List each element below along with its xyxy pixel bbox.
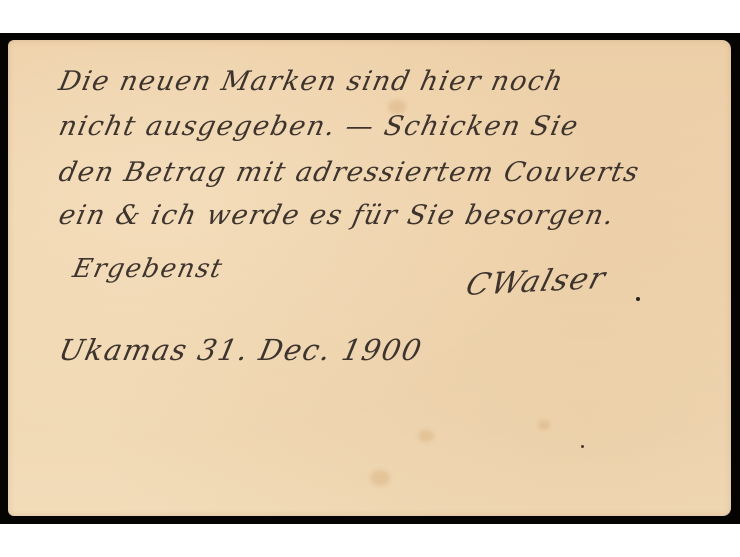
closing-salutation: Ergebenst (70, 254, 226, 284)
message-line-3: den Betrag mit adressiertem Couverts (56, 157, 643, 188)
place-and-date: Ukamas 31. Dec. 1900 (56, 333, 426, 367)
signature-period (636, 297, 640, 301)
message-line-1: Die neuen Marken sind hier noch (56, 66, 567, 97)
foxing-spot (370, 470, 390, 486)
ink-speck (581, 445, 584, 448)
foxing-spot (538, 420, 550, 430)
message-line-2: nicht ausgegeben. — Schicken Sie (56, 111, 582, 142)
foxing-spot (418, 430, 434, 442)
message-line-4: ein & ich werde es für Sie besorgen. (56, 200, 618, 231)
